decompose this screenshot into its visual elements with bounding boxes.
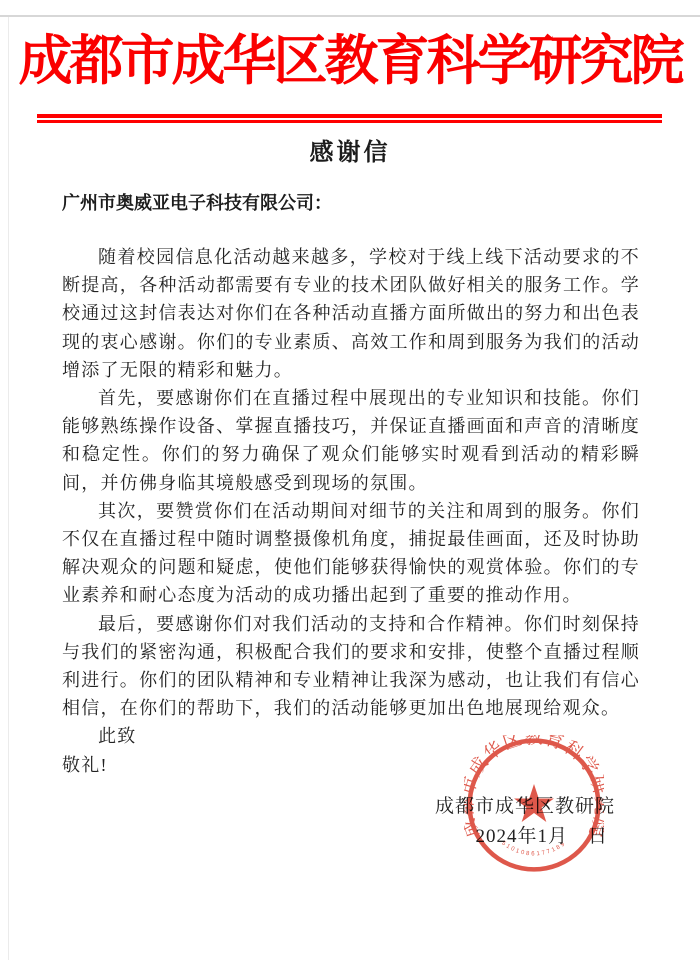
letterhead-double-rule — [37, 114, 662, 123]
seal-code-text: 5101086177189 — [500, 840, 567, 857]
letterhead-org-title: 成都市成华区教育科学研究院 — [0, 18, 700, 95]
letter-title: 感谢信 — [0, 132, 700, 167]
paragraph-3: 其次，要赞赏你们在活动期间对细节的关注和周到的服务。你们不仅在直播过程中随时调整… — [62, 497, 640, 610]
letter-page: 成都市成华区教育科学研究院 感谢信 广州市奥威亚电子科技有限公司： 随着校园信息… — [0, 0, 700, 960]
letter-body: 随着校园信息化活动越来越多，学校对于线上线下活动要求的不断提高，各种活动都需要有… — [62, 243, 640, 779]
official-seal-stamp: 成都市成华区教育科学研究院 5101086177189 — [464, 735, 604, 875]
paragraph-4: 最后，要感谢你们对我们活动的支持和合作精神。你们时刻保持与我们的紧密沟通，积极配… — [62, 610, 640, 723]
recipient-line: 广州市奥威亚电子科技有限公司： — [62, 189, 332, 215]
page-top-edge-line — [0, 15, 700, 17]
star-icon — [514, 784, 554, 822]
paragraph-1: 随着校园信息化活动越来越多，学校对于线上线下活动要求的不断提高，各种活动都需要有… — [62, 243, 640, 384]
paragraph-2: 首先，要感谢你们在直播过程中展现出的专业知识和技能。你们能够熟练操作设备、掌握直… — [62, 384, 640, 497]
